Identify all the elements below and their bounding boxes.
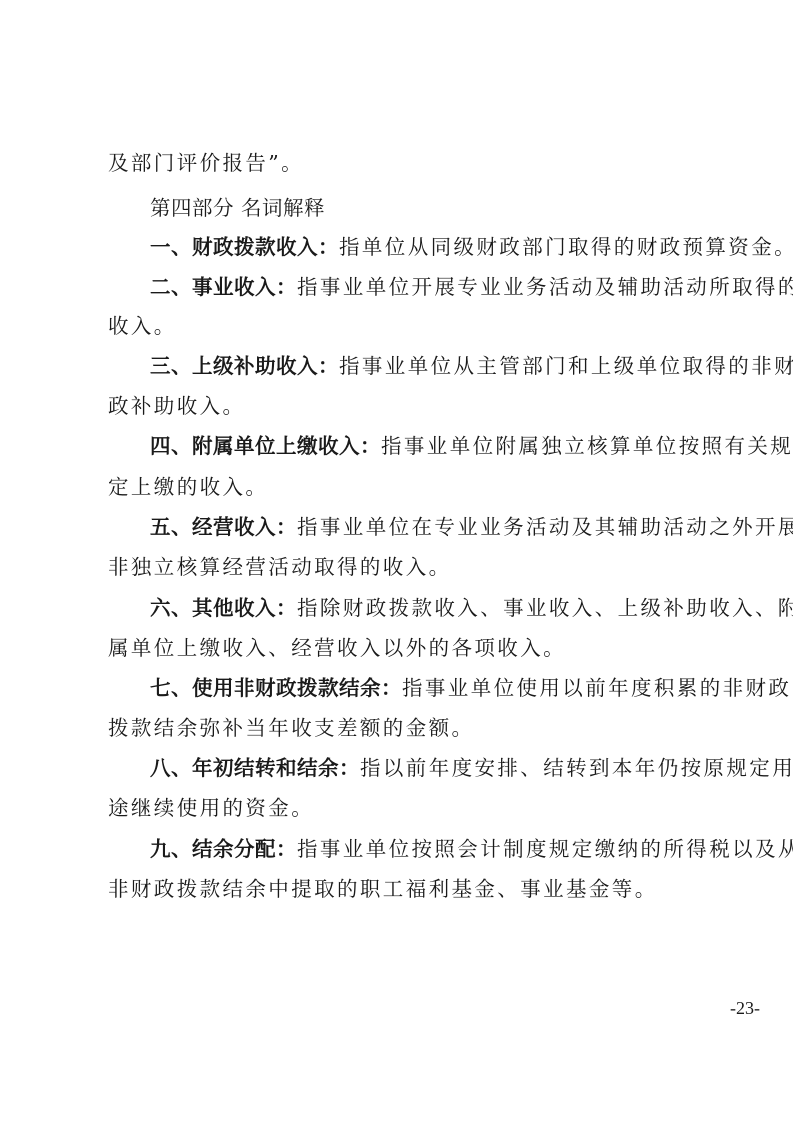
continuation-line: 及部门评价报告”。 [108, 143, 756, 183]
definition-term: 二、事业收入： [150, 275, 297, 299]
definition-text: 指事业单位使用以前年度积累的非财政 [402, 676, 791, 700]
definition-3-continuation: 政补助收入。 [108, 386, 756, 426]
definition-text: 指事业单位从主管部门和上级单位取得的非财 [339, 354, 793, 378]
definition-2: 二、事业收入：指事业单位开展专业业务活动及辅助活动所取得的 [150, 267, 756, 307]
definition-9: 九、结余分配：指事业单位按照会计制度规定缴纳的所得税以及从 [150, 829, 756, 869]
definition-7: 七、使用非财政拨款结余：指事业单位使用以前年度积累的非财政 [150, 668, 756, 708]
definition-text: 非独立核算经营活动取得的收入。 [108, 555, 452, 579]
definition-text: 指以前年度安排、结转到本年仍按原规定用 [360, 756, 793, 780]
definition-3: 三、上级补助收入：指事业单位从主管部门和上级单位取得的非财 [150, 346, 756, 386]
definition-term: 三、上级补助收入： [150, 354, 339, 378]
definition-5-continuation: 非独立核算经营活动取得的收入。 [108, 547, 756, 587]
definition-4-continuation: 定上缴的收入。 [108, 467, 756, 507]
definition-text: 指事业单位开展专业业务活动及辅助活动所取得的 [297, 275, 793, 299]
definition-text: 指除财政拨款收入、事业收入、上级补助收入、附 [297, 596, 793, 620]
definition-4: 四、附属单位上缴收入：指事业单位附属独立核算单位按照有关规 [150, 426, 756, 466]
definition-2-continuation: 收入。 [108, 306, 756, 346]
definition-8: 八、年初结转和结余：指以前年度安排、结转到本年仍按原规定用 [150, 748, 756, 788]
definition-term: 四、附属单位上缴收入： [150, 434, 381, 458]
definition-text: 途继续使用的资金。 [108, 796, 314, 820]
definition-text: 指事业单位在专业业务活动及其辅助活动之外开展 [297, 515, 793, 539]
definition-term: 七、使用非财政拨款结余： [150, 676, 402, 700]
section-heading-text: 第四部分 名词解释 [150, 196, 325, 220]
definition-text: 属单位上缴收入、经营收入以外的各项收入。 [108, 636, 566, 660]
definition-8-continuation: 途继续使用的资金。 [108, 788, 756, 828]
continuation-text: 及部门评价报告”。 [108, 151, 304, 175]
definition-text: 指单位从同级财政部门取得的财政预算资金。 [339, 235, 793, 259]
definition-7-continuation: 拨款结余弥补当年收支差额的金额。 [108, 708, 756, 748]
definition-term: 八、年初结转和结余： [150, 756, 360, 780]
definition-6: 六、其他收入：指除财政拨款收入、事业收入、上级补助收入、附 [150, 588, 756, 628]
definition-text: 拨款结余弥补当年收支差额的金额。 [108, 716, 474, 740]
definition-5: 五、经营收入：指事业单位在专业业务活动及其辅助活动之外开展 [150, 507, 756, 547]
definition-9-continuation: 非财政拨款结余中提取的职工福利基金、事业基金等。 [108, 869, 756, 909]
definition-text: 定上缴的收入。 [108, 475, 268, 499]
document-page: 及部门评价报告”。 第四部分 名词解释 一、财政拨款收入：指单位从同级财政部门取… [0, 0, 793, 1122]
definition-1: 一、财政拨款收入：指单位从同级财政部门取得的财政预算资金。 [150, 227, 756, 267]
definition-text: 指事业单位按照会计制度规定缴纳的所得税以及从 [297, 837, 793, 861]
definition-text: 政补助收入。 [108, 394, 245, 418]
definition-text: 非财政拨款结余中提取的职工福利基金、事业基金等。 [108, 877, 658, 901]
definition-term: 九、结余分配： [150, 837, 297, 861]
definition-text: 收入。 [108, 314, 177, 338]
definition-term: 六、其他收入： [150, 596, 297, 620]
definition-text: 指事业单位附属独立核算单位按照有关规 [381, 434, 793, 458]
page-number: -23- [700, 996, 760, 1020]
section-heading: 第四部分 名词解释 [150, 188, 756, 228]
definition-term: 五、经营收入： [150, 515, 297, 539]
definition-6-continuation: 属单位上缴收入、经营收入以外的各项收入。 [108, 628, 756, 668]
definition-term: 一、财政拨款收入： [150, 235, 339, 259]
